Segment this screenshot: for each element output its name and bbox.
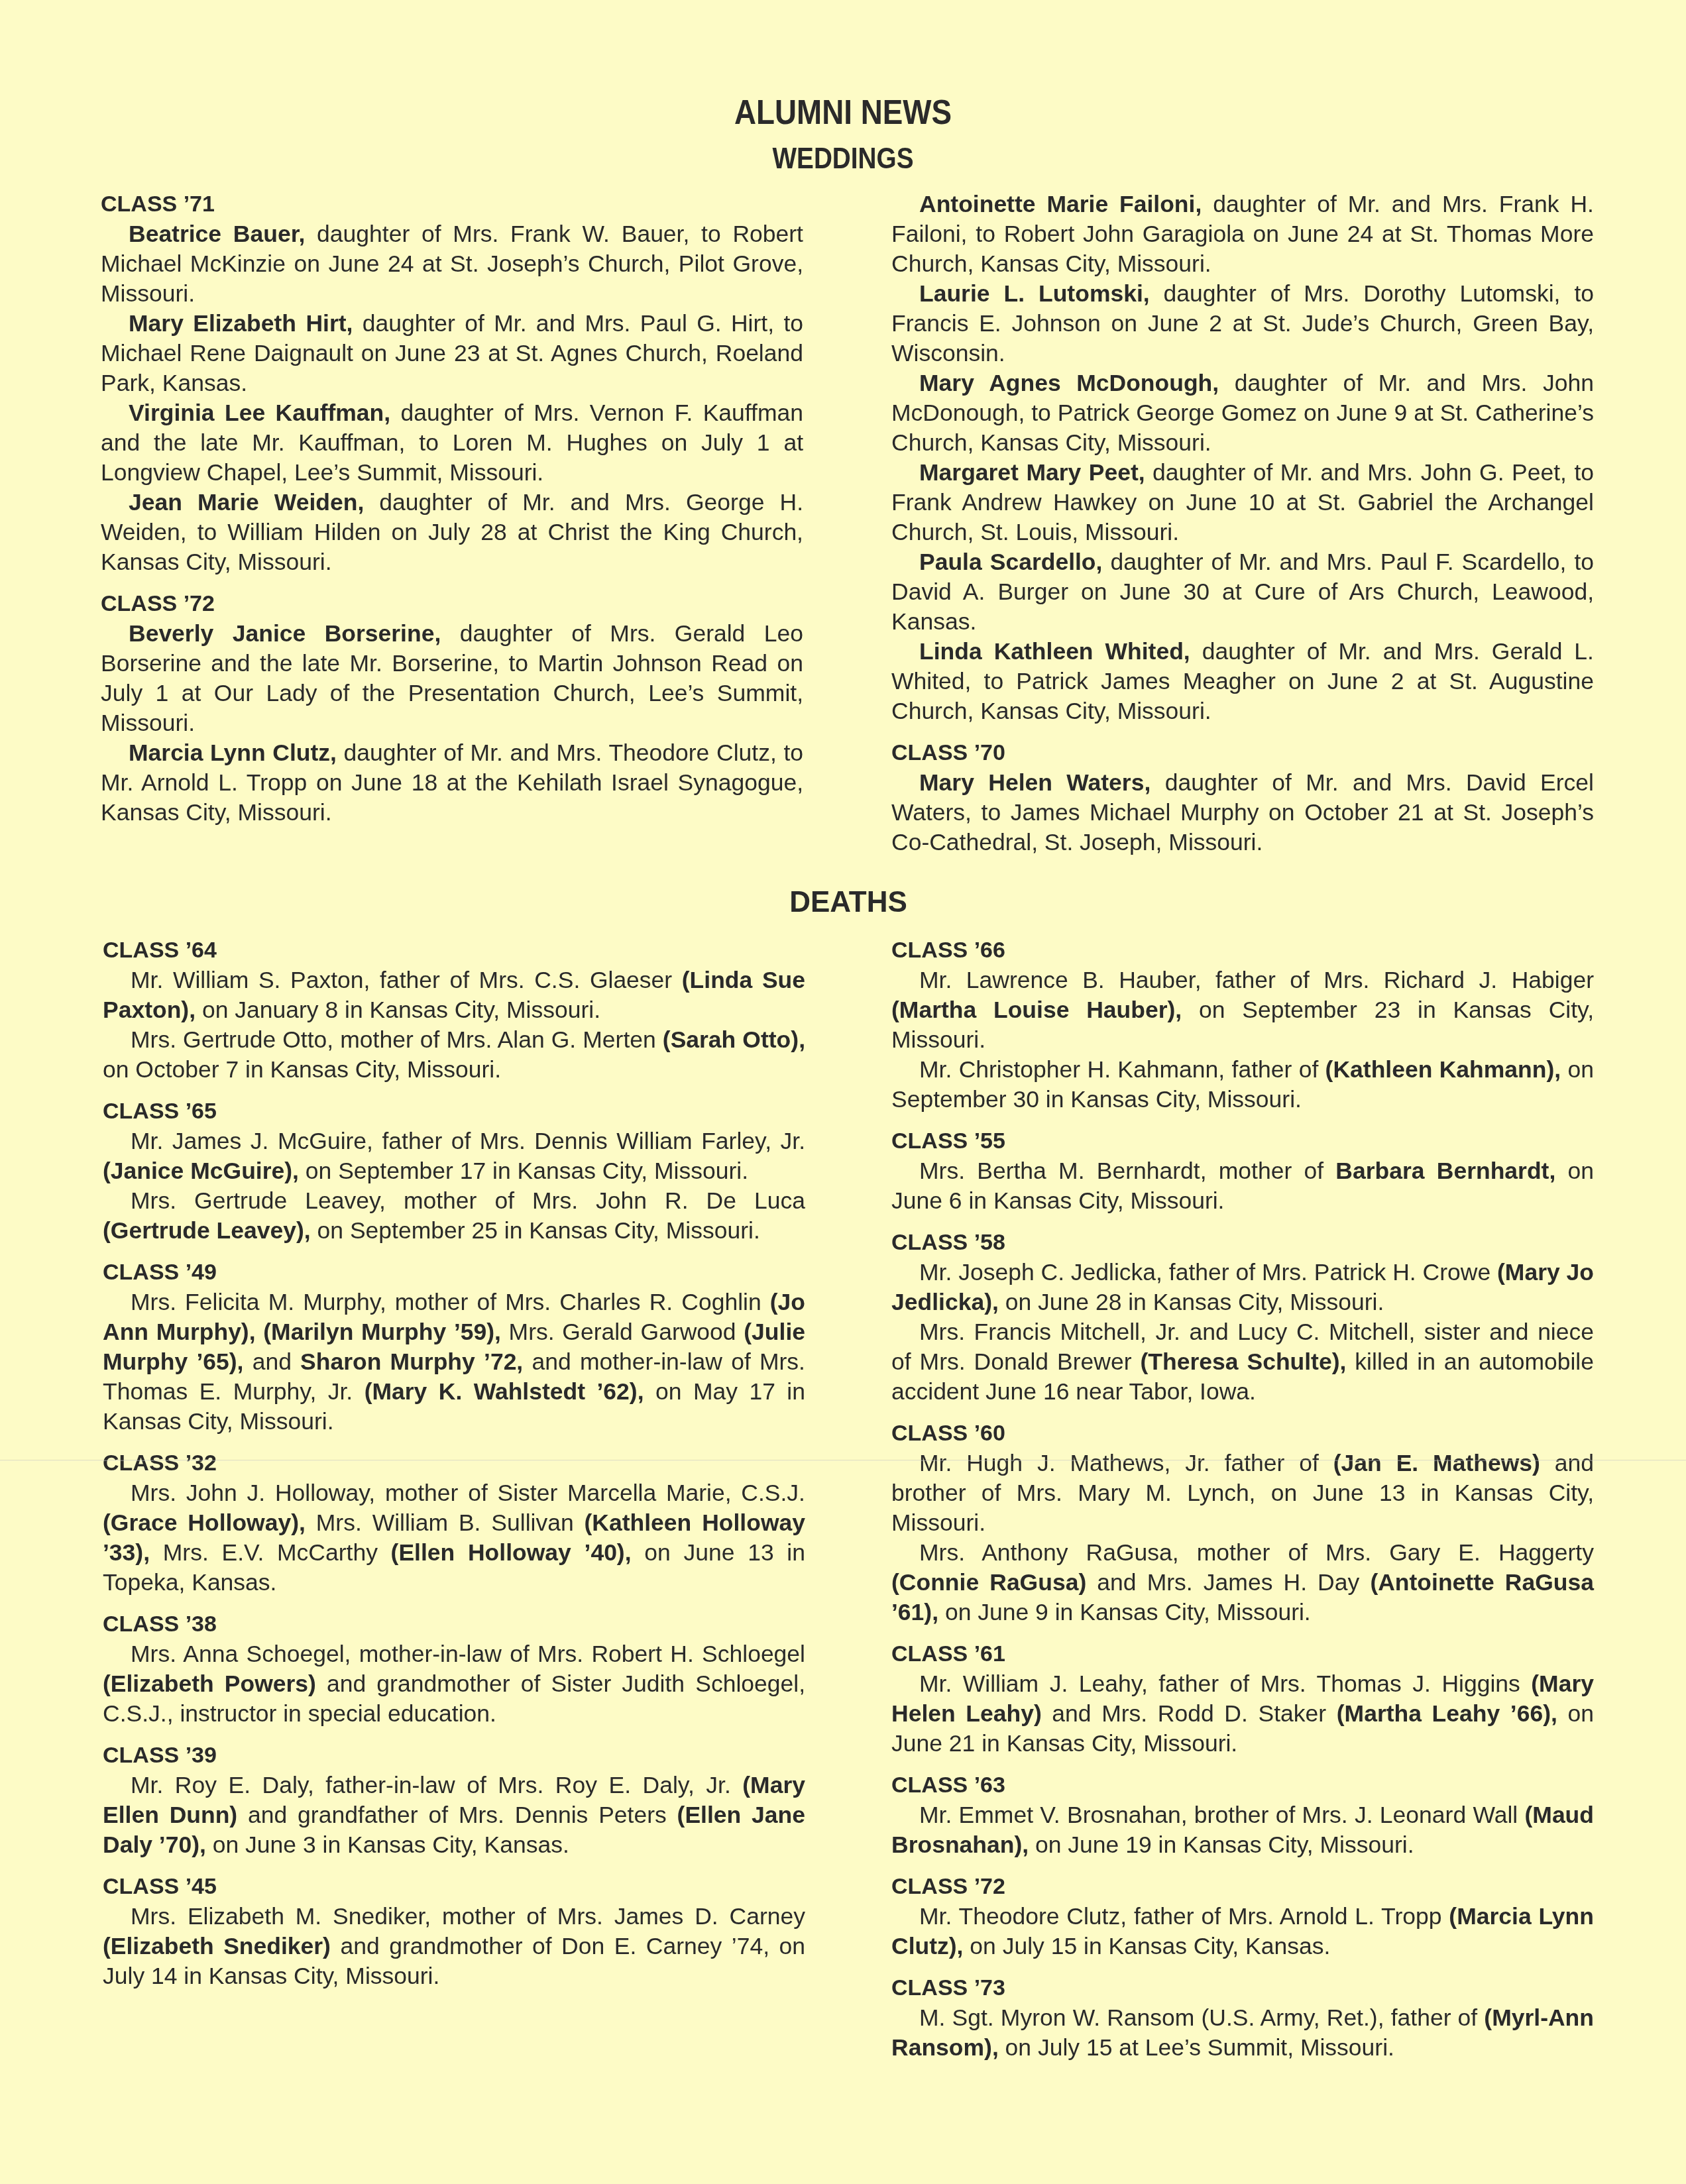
notice-entry: Mr. Roy E. Daly, father-in-law of Mrs. R…	[103, 1771, 805, 1860]
paper-fold-line	[0, 1460, 1686, 1461]
highlighted-name: (Martha Leahy ’66),	[1337, 1700, 1557, 1727]
class-heading: CLASS ’71	[101, 190, 803, 219]
highlighted-name: Virginia Lee Kauffman,	[129, 400, 390, 426]
highlighted-name: Sharon Murphy ’72,	[300, 1348, 523, 1375]
highlighted-name: Mary Agnes McDonough,	[919, 370, 1219, 396]
notice-entry: Beatrice Bauer, daughter of Mrs. Frank W…	[101, 219, 803, 309]
class-group: CLASS ’70Mary Helen Waters, daughter of …	[891, 738, 1594, 857]
class-group: CLASS ’64Mr. William S. Paxton, father o…	[103, 936, 805, 1085]
notice-entry: Mrs. Elizabeth M. Snediker, mother of Mr…	[103, 1902, 805, 1991]
highlighted-name: (Mary Jo Jedlicka),	[891, 1259, 1594, 1315]
class-heading: CLASS ’65	[103, 1097, 805, 1126]
highlighted-name: Margaret Mary Peet,	[919, 459, 1145, 486]
class-heading: CLASS ’58	[891, 1228, 1594, 1258]
class-group: CLASS ’32Mrs. John J. Holloway, mother o…	[103, 1448, 805, 1598]
deaths-left-column: CLASS ’64Mr. William S. Paxton, father o…	[103, 936, 805, 2003]
notice-entry: Mrs. Bertha M. Bernhardt, mother of Barb…	[891, 1156, 1594, 1216]
class-heading: CLASS ’73	[891, 1973, 1594, 2003]
class-heading: CLASS ’49	[103, 1258, 805, 1287]
highlighted-name: Mary Helen Waters,	[919, 769, 1151, 796]
highlighted-name: Mary Elizabeth Hirt,	[129, 310, 353, 337]
weddings-heading: WEDDINGS	[101, 142, 1585, 176]
class-heading: CLASS ’60	[891, 1419, 1594, 1448]
class-group: CLASS ’55Mrs. Bertha M. Bernhardt, mothe…	[891, 1126, 1594, 1216]
notice-entry: Linda Kathleen Whited, daughter of Mr. a…	[891, 637, 1594, 726]
highlighted-name: Laurie L. Lutomski,	[919, 280, 1150, 307]
highlighted-name: Paula Scardello,	[919, 549, 1102, 575]
highlighted-name: (Myrl-Ann Ransom),	[891, 2004, 1594, 2061]
notice-entry: Antoinette Marie Failoni, daughter of Mr…	[891, 190, 1594, 279]
notice-entry: Margaret Mary Peet, daughter of Mr. and …	[891, 458, 1594, 547]
notice-entry: Paula Scardello, daughter of Mr. and Mrs…	[891, 547, 1594, 637]
notice-entry: Mr. Christopher H. Kahmann, father of (K…	[891, 1055, 1594, 1115]
weddings-left-column: CLASS ’71Beatrice Bauer, daughter of Mrs…	[101, 190, 803, 840]
highlighted-name: (Connie RaGusa)	[891, 1569, 1086, 1596]
class-heading: CLASS ’63	[891, 1771, 1594, 1800]
page-title: ALUMNI NEWS	[101, 93, 1585, 133]
highlighted-name: Barbara Bernhardt,	[1335, 1158, 1555, 1184]
class-group: CLASS ’72Mr. Theodore Clutz, father of M…	[891, 1872, 1594, 1961]
highlighted-name: (Mary K. Wahlstedt ’62),	[365, 1378, 644, 1405]
notice-entry: Mr. James J. McGuire, father of Mrs. Den…	[103, 1126, 805, 1186]
highlighted-name: Beatrice Bauer,	[129, 221, 305, 247]
notice-entry: Mr. Joseph C. Jedlicka, father of Mrs. P…	[891, 1258, 1594, 1317]
class-group: CLASS ’73M. Sgt. Myron W. Ransom (U.S. A…	[891, 1973, 1594, 2063]
class-group: CLASS ’39Mr. Roy E. Daly, father-in-law …	[103, 1741, 805, 1860]
notice-entry: Mrs. Francis Mitchell, Jr. and Lucy C. M…	[891, 1317, 1594, 1407]
class-heading: CLASS ’64	[103, 936, 805, 965]
highlighted-name: (Sarah Otto),	[663, 1026, 805, 1053]
highlighted-name: Antoinette Marie Failoni,	[919, 191, 1202, 217]
class-heading: CLASS ’38	[103, 1610, 805, 1639]
notice-entry: Mr. Hugh J. Mathews, Jr. father of (Jan …	[891, 1448, 1594, 1538]
highlighted-name: (Maud Brosnahan),	[891, 1802, 1594, 1858]
class-group: CLASS ’65Mr. James J. McGuire, father of…	[103, 1097, 805, 1246]
class-group: Antoinette Marie Failoni, daughter of Mr…	[891, 190, 1594, 726]
notice-entry: Mrs. John J. Holloway, mother of Sister …	[103, 1478, 805, 1598]
highlighted-name: Jean Marie Weiden,	[129, 489, 364, 516]
class-heading: CLASS ’72	[891, 1872, 1594, 1902]
class-heading: CLASS ’55	[891, 1126, 1594, 1156]
notice-entry: Mary Helen Waters, daughter of Mr. and M…	[891, 768, 1594, 857]
highlighted-name: (Grace Holloway),	[103, 1509, 306, 1536]
notice-entry: Virginia Lee Kauffman, daughter of Mrs. …	[101, 398, 803, 488]
class-heading: CLASS ’45	[103, 1872, 805, 1902]
class-group: CLASS ’45Mrs. Elizabeth M. Snediker, mot…	[103, 1872, 805, 1991]
notice-entry: Mrs. Gertrude Leavey, mother of Mrs. Joh…	[103, 1186, 805, 1246]
notice-entry: Mary Elizabeth Hirt, daughter of Mr. and…	[101, 309, 803, 398]
notice-entry: Beverly Janice Borserine, daughter of Mr…	[101, 619, 803, 738]
notice-entry: Jean Marie Weiden, daughter of Mr. and M…	[101, 488, 803, 577]
newsletter-page: ALUMNI NEWS WEDDINGS CLASS ’71Beatrice B…	[0, 0, 1686, 2184]
notice-entry: Mrs. Felicita M. Murphy, mother of Mrs. …	[103, 1287, 805, 1437]
class-group: CLASS ’60Mr. Hugh J. Mathews, Jr. father…	[891, 1419, 1594, 1627]
deaths-heading: DEATHS	[0, 886, 1686, 919]
highlighted-name: (Gertrude Leavey),	[103, 1217, 311, 1244]
class-group: CLASS ’49Mrs. Felicita M. Murphy, mother…	[103, 1258, 805, 1437]
highlighted-name: (Elizabeth Snediker)	[103, 1933, 331, 1959]
notice-entry: Mr. Emmet V. Brosnahan, brother of Mrs. …	[891, 1800, 1594, 1860]
notice-entry: Mr. William S. Paxton, father of Mrs. C.…	[103, 965, 805, 1025]
weddings-right-column: Antoinette Marie Failoni, daughter of Mr…	[891, 190, 1594, 869]
class-group: CLASS ’61Mr. William J. Leahy, father of…	[891, 1639, 1594, 1759]
notice-entry: Mrs. Gertrude Otto, mother of Mrs. Alan …	[103, 1025, 805, 1085]
deaths-right-column: CLASS ’66Mr. Lawrence B. Hauber, father …	[891, 936, 1594, 2075]
class-heading: CLASS ’72	[101, 589, 803, 619]
class-group: CLASS ’63Mr. Emmet V. Brosnahan, brother…	[891, 1771, 1594, 1860]
highlighted-name: (Kathleen Kahmann),	[1325, 1056, 1561, 1083]
highlighted-name: (Theresa Schulte),	[1141, 1348, 1347, 1375]
notice-entry: M. Sgt. Myron W. Ransom (U.S. Army, Ret.…	[891, 2003, 1594, 2063]
class-heading: CLASS ’32	[103, 1448, 805, 1478]
notice-entry: Laurie L. Lutomski, daughter of Mrs. Dor…	[891, 279, 1594, 368]
class-group: CLASS ’38Mrs. Anna Schoegel, mother-in-l…	[103, 1610, 805, 1729]
class-heading: CLASS ’70	[891, 738, 1594, 768]
highlighted-name: (Janice McGuire),	[103, 1158, 299, 1184]
notice-entry: Mrs. Anthony RaGusa, mother of Mrs. Gary…	[891, 1538, 1594, 1627]
notice-entry: Mary Agnes McDonough, daughter of Mr. an…	[891, 368, 1594, 458]
highlighted-name: Marcia Lynn Clutz,	[129, 739, 337, 766]
notice-entry: Mrs. Anna Schoegel, mother-in-law of Mrs…	[103, 1639, 805, 1729]
highlighted-name: (Jo Ann Murphy), (Marilyn Murphy ’59),	[103, 1289, 805, 1345]
highlighted-name: (Elizabeth Powers)	[103, 1670, 316, 1697]
notice-entry: Marcia Lynn Clutz, daughter of Mr. and M…	[101, 738, 803, 828]
notice-entry: Mr. Theodore Clutz, father of Mrs. Arnol…	[891, 1902, 1594, 1961]
highlighted-name: Beverly Janice Borserine,	[129, 620, 441, 647]
highlighted-name: Linda Kathleen Whited,	[919, 638, 1190, 665]
class-group: CLASS ’66Mr. Lawrence B. Hauber, father …	[891, 936, 1594, 1115]
notice-entry: Mr. Lawrence B. Hauber, father of Mrs. R…	[891, 965, 1594, 1055]
class-heading: CLASS ’61	[891, 1639, 1594, 1669]
class-group: CLASS ’58Mr. Joseph C. Jedlicka, father …	[891, 1228, 1594, 1407]
highlighted-name: (Marcia Lynn Clutz),	[891, 1903, 1594, 1959]
highlighted-name: (Martha Louise Hauber),	[891, 997, 1182, 1023]
notice-entry: Mr. William J. Leahy, father of Mrs. Tho…	[891, 1669, 1594, 1759]
class-group: CLASS ’71Beatrice Bauer, daughter of Mrs…	[101, 190, 803, 577]
class-group: CLASS ’72Beverly Janice Borserine, daugh…	[101, 589, 803, 828]
class-heading: CLASS ’66	[891, 936, 1594, 965]
class-heading: CLASS ’39	[103, 1741, 805, 1771]
highlighted-name: (Jan E. Mathews)	[1333, 1450, 1540, 1476]
highlighted-name: (Ellen Holloway ’40),	[391, 1539, 632, 1566]
highlighted-name: (Linda Sue Paxton),	[103, 967, 805, 1023]
